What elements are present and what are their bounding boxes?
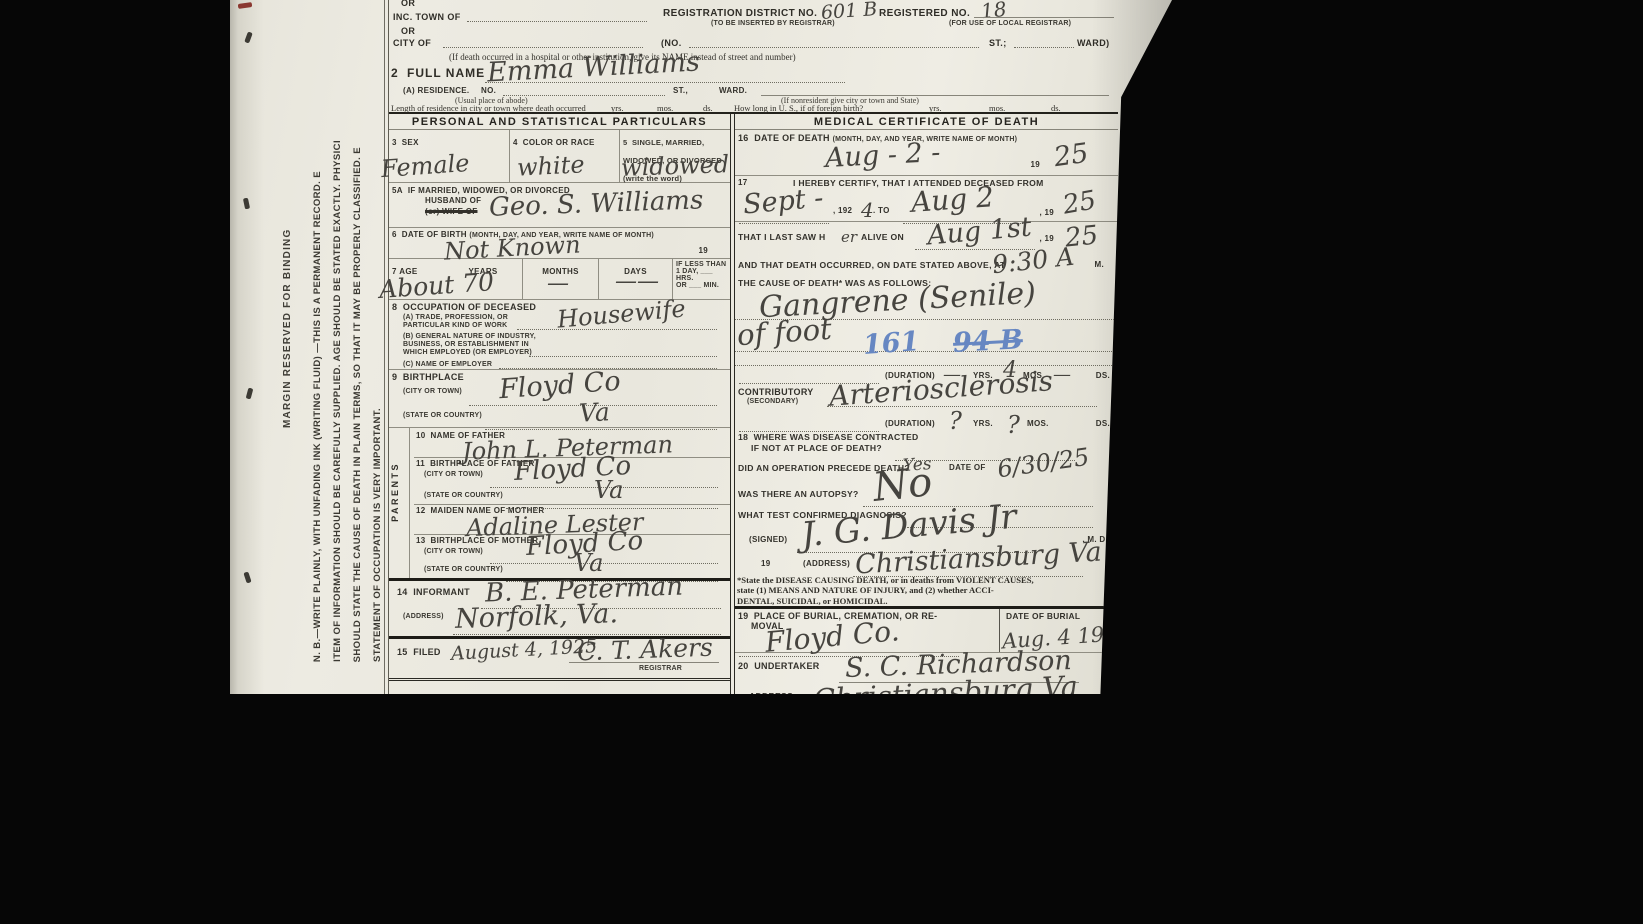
mos-label: mos. bbox=[657, 103, 673, 113]
mos-label: MOS. bbox=[1027, 419, 1049, 428]
bottom-rule-2 bbox=[389, 700, 1118, 701]
race-value: white bbox=[516, 152, 585, 180]
lastsaw-her: er bbox=[841, 230, 857, 245]
residence-no-label: NO. bbox=[481, 86, 496, 95]
field8-b1: (B) GENERAL NATURE OF INDUSTRY, bbox=[403, 333, 536, 340]
row-sex-race-marital: 3 SEX 4 COLOR OR RACE 5 SINGLE, MARRIED,… bbox=[389, 130, 730, 183]
field9-city-label: (CITY OR TOWN) bbox=[403, 388, 462, 395]
fullname-no: 2 bbox=[391, 66, 398, 80]
length-residence-label: Length of residence in city or town wher… bbox=[391, 103, 586, 113]
parents-block: PARENTS 10 NAME OF FATHER John L. Peterm… bbox=[389, 428, 730, 578]
birthplace-state-value: Va bbox=[578, 399, 610, 426]
field8-no: 8 bbox=[392, 302, 397, 312]
contributory-label: CONTRIBUTORY bbox=[738, 387, 814, 397]
row-occupation: 8 OCCUPATION OF DECEASED (A) TRADE, PROF… bbox=[389, 300, 730, 370]
field20-no: 20 bbox=[738, 661, 749, 671]
margin-binding-text: MARGIN RESERVED FOR BINDING bbox=[282, 188, 293, 428]
address19-blank bbox=[853, 567, 1083, 577]
field13-no: 13 bbox=[416, 536, 426, 545]
date-of-death-value: Aug - 2 - bbox=[824, 139, 941, 172]
field11-no: 11 bbox=[416, 459, 425, 468]
duration2-yrs-value: ? bbox=[949, 409, 962, 433]
age-less1: IF LESS THAN bbox=[676, 261, 727, 268]
or-label: OR bbox=[401, 26, 415, 36]
y1-value: 4 bbox=[861, 200, 874, 220]
ward-paren-label: WARD) bbox=[1077, 38, 1110, 48]
contracted-line2: IF NOT AT PLACE OF DEATH? bbox=[751, 443, 882, 453]
yrs-label: YRS. bbox=[973, 419, 993, 428]
to-label: . TO bbox=[873, 206, 890, 215]
ds-label: ds. bbox=[1051, 103, 1061, 113]
death-time-value: 9:30 A bbox=[991, 244, 1075, 277]
lastsaw-label: THAT I LAST SAW H bbox=[738, 232, 826, 242]
margin-nb-line: N. B.—WRITE PLAINLY, WITH UNFADING INK (… bbox=[312, 171, 332, 662]
field11-city-label: (CITY OR TOWN) bbox=[424, 471, 483, 478]
yrs-label: yrs. bbox=[929, 103, 942, 113]
cause-value-line2: of foot bbox=[736, 315, 833, 351]
row-husband: 5A IF MARRIED, WIDOWED, OR DIVORCED HUSB… bbox=[389, 183, 730, 228]
ds-label: ds. bbox=[703, 103, 713, 113]
field3-no: 3 bbox=[392, 138, 397, 147]
burial-date-label: DATE OF BURIAL bbox=[1006, 611, 1080, 621]
left-section-title: PERSONAL AND STATISTICAL PARTICULARS bbox=[389, 114, 730, 130]
duration-ds-value: — bbox=[1053, 366, 1071, 384]
residence-ward-blank bbox=[761, 86, 1109, 96]
row-birthplace: 9 BIRTHPLACE (CITY OR TOWN) Floyd Co (ST… bbox=[389, 370, 730, 428]
field9-no: 9 bbox=[392, 372, 397, 382]
field15-label: FILED bbox=[413, 647, 441, 657]
registered-no-blank bbox=[974, 8, 1114, 18]
residence-ward-label: WARD. bbox=[719, 86, 747, 95]
field14-no: 14 bbox=[397, 587, 408, 597]
marital-value: widowed bbox=[621, 152, 730, 180]
city-of-label: CITY OF bbox=[393, 38, 431, 48]
footnote: *State the DISEASE CAUSING DEATH, or in … bbox=[735, 573, 1118, 606]
autopsy-label: WAS THERE AN AUTOPSY? bbox=[738, 489, 859, 499]
mother-birthplace-state: Va bbox=[574, 551, 603, 575]
duration2-label: (DURATION) bbox=[885, 419, 935, 428]
footnote-line2: state (1) MEANS AND NATURE OF INJURY, an… bbox=[737, 585, 1116, 595]
form-header: OR INC. TOWN OF REGISTRATION DISTRICT NO… bbox=[389, 0, 1118, 112]
right-section-title: MEDICAL CERTIFICATE OF DEATH bbox=[735, 114, 1118, 130]
row-cause-line2: of foot 161 94 B bbox=[735, 320, 1118, 352]
st-blank bbox=[1014, 38, 1074, 48]
fullname-blank bbox=[485, 73, 845, 83]
informant-address-value: Norfolk, Va. bbox=[455, 600, 619, 633]
inc-town-blank bbox=[467, 12, 647, 22]
residence-label: (A) RESIDENCE. bbox=[403, 86, 469, 95]
form-columns: PERSONAL AND STATISTICAL PARTICULARS 3 S… bbox=[389, 112, 1118, 694]
field15-no: 15 bbox=[397, 647, 408, 657]
field17-no: 17 bbox=[738, 178, 748, 187]
certificate-paper: MARGIN RESERVED FOR BINDING N. B.—WRITE … bbox=[230, 0, 1172, 694]
informant-address-label: (ADDRESS) bbox=[403, 613, 444, 620]
field12-no: 12 bbox=[416, 506, 426, 515]
field5a-husband-label: HUSBAND OF bbox=[425, 196, 481, 205]
row-physician-address: 19 (ADDRESS) Christiansburg Va bbox=[735, 553, 1118, 573]
fullname-label: FULL NAME bbox=[407, 66, 485, 80]
sex-value: Female bbox=[380, 151, 470, 181]
field5a-no: 5A bbox=[392, 186, 403, 195]
inserted-note: (TO BE INSERTED BY REGISTRAR) bbox=[711, 20, 835, 27]
y2-value: 25 bbox=[1061, 187, 1098, 218]
scanned-death-certificate: MARGIN RESERVED FOR BINDING N. B.—WRITE … bbox=[0, 0, 1643, 924]
row-date-of-death: 16 DATE OF DEATH (MONTH, DAY, AND YEAR, … bbox=[735, 130, 1118, 176]
field8-b2: BUSINESS, OR ESTABLISHMENT IN bbox=[403, 341, 529, 348]
field16-year-value: 25 bbox=[1052, 140, 1090, 172]
icd-code-blue: 161 bbox=[862, 328, 920, 359]
street-blank bbox=[689, 38, 979, 48]
field16-year-printed: 19 bbox=[1031, 160, 1041, 169]
field9-label: BIRTHPLACE bbox=[403, 372, 464, 382]
attended-to-value: Aug 2 bbox=[910, 183, 995, 217]
field13-label: BIRTHPLACE OF MOTHER bbox=[431, 536, 539, 545]
am-label: M. bbox=[1095, 260, 1105, 269]
age-years-value: About 70 bbox=[378, 269, 494, 302]
margin-instructions: N. B.—WRITE PLAINLY, WITH UNFADING INK (… bbox=[312, 0, 392, 662]
field6-year-printed: 19 bbox=[699, 246, 709, 255]
row-contributory: CONTRIBUTORY (SECONDARY) Arteriosclerosi… bbox=[735, 383, 1118, 413]
registrar-label: REGISTRAR bbox=[639, 665, 682, 672]
reg-district-label: REGISTRATION DISTRICT NO. bbox=[663, 8, 817, 19]
row-date-of-birth: 6 DATE OF BIRTH (MONTH, DAY, AND YEAR, W… bbox=[389, 228, 730, 259]
field8-label: OCCUPATION OF DECEASED bbox=[403, 302, 536, 312]
local-registrar-note: (FOR USE OF LOCAL REGISTRAR) bbox=[949, 20, 1071, 27]
inc-town-label: INC. TOWN OF bbox=[393, 12, 461, 22]
personal-particulars-column: PERSONAL AND STATISTICAL PARTICULARS 3 S… bbox=[389, 114, 730, 694]
margin-nb-line: ITEM OF INFORMATION SHOULD BE CAREFULLY … bbox=[332, 140, 352, 662]
field4-label: COLOR OR RACE bbox=[523, 138, 595, 147]
ds-label: DS. bbox=[1096, 419, 1110, 428]
y2-printed: , 19 bbox=[1039, 208, 1054, 217]
yrs-label: yrs. bbox=[611, 103, 624, 113]
certificate-form: OR INC. TOWN OF REGISTRATION DISTRICT NO… bbox=[388, 0, 1118, 694]
field13-state-label: (STATE OR COUNTRY) bbox=[424, 566, 503, 573]
address19-label: (ADDRESS) bbox=[803, 559, 850, 568]
address19-no: 19 bbox=[761, 559, 771, 568]
alive-on-label: ALIVE ON bbox=[861, 232, 904, 242]
field8-b3: WHICH EMPLOYED (OR EMPLOYER) bbox=[403, 349, 532, 356]
field18-no: 18 bbox=[738, 432, 748, 442]
stitch-hole bbox=[243, 198, 250, 210]
struck-code-blue: 94 B bbox=[952, 326, 1023, 357]
mos-label: mos. bbox=[989, 103, 1005, 113]
field19-no: 19 bbox=[738, 611, 748, 621]
row-operation: DID AN OPERATION PRECEDE DEATH? Yes DATE… bbox=[735, 457, 1118, 481]
undertaker-label: UNDERTAKER bbox=[754, 661, 819, 671]
parents-side-label: PARENTS bbox=[390, 462, 400, 522]
husband-name-value: Geo. S. Williams bbox=[489, 187, 704, 220]
bottom-rule bbox=[389, 696, 1118, 698]
residence-st-label: ST., bbox=[673, 86, 688, 95]
field16-no: 16 bbox=[738, 133, 749, 143]
howlong-label: How long in U. S., if of foreign birth? bbox=[734, 103, 863, 113]
field8-c: (C) NAME OF EMPLOYER bbox=[403, 361, 492, 368]
field16-label: DATE OF DEATH bbox=[754, 133, 830, 143]
medical-certificate-column: MEDICAL CERTIFICATE OF DEATH 16 DATE OF … bbox=[735, 114, 1118, 694]
margin-nb-line: SHOULD STATE THE CAUSE OF DEATH IN PLAIN… bbox=[352, 147, 372, 662]
field9-state-label: (STATE OR COUNTRY) bbox=[403, 412, 482, 419]
stitch-hole bbox=[244, 31, 252, 43]
field4-no: 4 bbox=[513, 138, 518, 147]
stitch-hole bbox=[243, 571, 251, 583]
undertaker-address-blank bbox=[809, 701, 1089, 711]
signed-label: (SIGNED) bbox=[749, 535, 787, 544]
field13-city-label: (CITY OR TOWN) bbox=[424, 548, 483, 555]
row-death-occurred: AND THAT DEATH OCCURRED, ON DATE STATED … bbox=[735, 252, 1118, 278]
ds-label: DS. bbox=[1096, 371, 1110, 380]
red-thread-mark bbox=[238, 2, 253, 9]
age-less3: OR ___ MIN. bbox=[676, 282, 727, 289]
row-filed: 15 FILED August 4, 1925 C. T. Akers REGI… bbox=[389, 639, 730, 681]
st-label: ST.; bbox=[989, 38, 1007, 48]
age-months-value: — bbox=[547, 273, 569, 295]
row-attended-from-to: Sept - , 192 4 . TO Aug 2 , 19 25 bbox=[735, 190, 1118, 222]
field8-a2: PARTICULAR KIND OF WORK bbox=[403, 322, 507, 329]
field5a-wife-label-struck: (or) WIFE OF bbox=[425, 207, 477, 216]
footnote-line3: DENTAL, SUICIDAL, or HOMICIDAL. bbox=[737, 596, 1116, 606]
row-duration2: (DURATION) ? YRS. ? MOS. DS. bbox=[735, 413, 1118, 431]
secondary-label: (SECONDARY) bbox=[747, 398, 798, 405]
operation-date-label: DATE OF bbox=[949, 463, 986, 472]
row-informant: 14 INFORMANT B. E. Peterman (ADDRESS) No… bbox=[389, 581, 730, 636]
age-days-value: —— bbox=[615, 271, 659, 293]
field6-no: 6 bbox=[392, 230, 397, 239]
row-autopsy: WAS THERE AN AUTOPSY? bbox=[735, 481, 1118, 501]
undertaker-address-label: ADDRESS bbox=[749, 691, 793, 701]
registrar-blank bbox=[569, 653, 719, 663]
father-birthplace-state: Va bbox=[594, 478, 623, 502]
or-label: OR bbox=[401, 0, 415, 8]
y1-printed: , 192 bbox=[833, 206, 852, 215]
occurred-label: AND THAT DEATH OCCURRED, ON DATE STATED … bbox=[738, 260, 1006, 270]
field11-state-label: (STATE OR COUNTRY) bbox=[424, 492, 503, 499]
field3-label: SEX bbox=[402, 138, 419, 147]
residence-blank bbox=[503, 86, 665, 96]
row-undertaker-address: ADDRESS Christiansburg Va bbox=[735, 683, 1118, 711]
field5-no: 5 bbox=[623, 138, 627, 147]
field8-a1: (A) TRADE, PROFESSION, OR bbox=[403, 314, 508, 321]
city-of-blank bbox=[443, 38, 643, 48]
registered-no-label: REGISTERED NO. bbox=[879, 8, 970, 19]
field8-b-blank bbox=[529, 347, 717, 357]
stitch-hole bbox=[246, 388, 254, 400]
age-less2: 1 DAY, ___ HRS. bbox=[676, 268, 727, 282]
field14-label: INFORMANT bbox=[413, 587, 470, 597]
y3-printed: , 19 bbox=[1039, 234, 1054, 243]
field10-no: 10 bbox=[416, 431, 426, 440]
contracted-line1: WHERE WAS DISEASE CONTRACTED bbox=[754, 432, 919, 442]
